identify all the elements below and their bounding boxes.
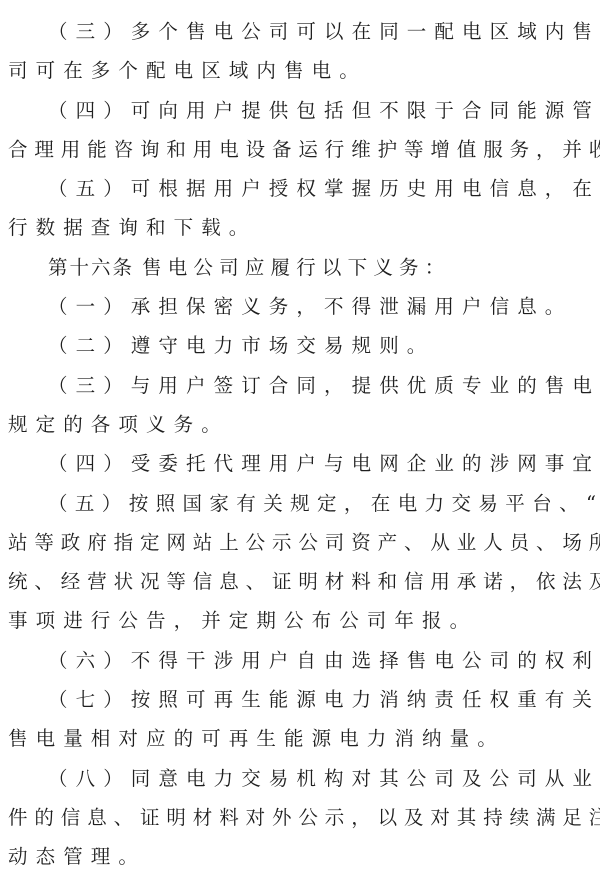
text-line: （五）可根据用户授权掌握历史用电信息，在电力交易平台进 [8,169,598,208]
article-heading-text: 售电公司应履行以下义务： [142,256,450,279]
paragraph-art15-item4: （四）可向用户提供包括但不限于合同能源管理、综合节能、 合理用能咨询和用电设备运… [8,91,598,170]
text-line: 动态管理。 [8,837,598,876]
article-heading: 第十六条售电公司应履行以下义务： [8,248,598,287]
text-line: （六）不得干涉用户自由选择售电公司的权利。 [8,641,598,680]
text-line: （七）按照可再生能源电力消纳责任权重有关规定，承担与年 [8,680,598,719]
text-line: （二）遵守电力市场交易规则。 [8,326,598,365]
paragraph-art15-item3: （三）多个售电公司可以在同一配电区域内售电。同一售电公 司可在多个配电区域内售电… [8,12,598,91]
paragraph-art16-item1: （一）承担保密义务，不得泄漏用户信息。 [8,287,598,326]
paragraph-art15-item5: （五）可根据用户授权掌握历史用电信息，在电力交易平台进 行数据查询和下载。 [8,169,598,248]
paragraph-art16-item8: （八）同意电力交易机构对其公司及公司从业人员满足注册条 件的信息、证明材料对外公… [8,759,598,877]
text-line: （一）承担保密义务，不得泄漏用户信息。 [8,287,598,326]
text-line: 规定的各项义务。 [8,405,598,444]
text-line: （五）按照国家有关规定，在电力交易平台、“信用中国”网 [8,484,598,523]
paragraph-art16-item5: （五）按照国家有关规定，在电力交易平台、“信用中国”网 站等政府指定网站上公示公… [8,484,598,641]
paragraph-art16-item4: （四）受委托代理用户与电网企业的涉网事宜。 [8,444,598,483]
text-line: 站等政府指定网站上公示公司资产、从业人员、场所、技术支持系 [8,523,598,562]
text-line: 行数据查询和下载。 [8,208,598,247]
text-line: 售电量相对应的可再生能源电力消纳量。 [8,719,598,758]
text-line: （三）与用户签订合同，提供优质专业的售电服务，履行合同 [8,366,598,405]
text-line: 统、经营状况等信息、证明材料和信用承诺，依法及时对公司重大 [8,562,598,601]
article-heading-line: 第十六条售电公司应履行以下义务： [8,248,598,287]
document-page: （三）多个售电公司可以在同一配电区域内售电。同一售电公 司可在多个配电区域内售电… [8,12,598,877]
text-line: 件的信息、证明材料对外公示，以及对其持续满足注册条件开展的 [8,798,598,837]
paragraph-art16-item6: （六）不得干涉用户自由选择售电公司的权利。 [8,641,598,680]
paragraph-art16-item7: （七）按照可再生能源电力消纳责任权重有关规定，承担与年 售电量相对应的可再生能源… [8,680,598,759]
text-line: 合理用能咨询和用电设备运行维护等增值服务，并收取相应费用。 [8,130,598,169]
paragraph-art16-item2: （二）遵守电力市场交易规则。 [8,326,598,365]
text-line: （三）多个售电公司可以在同一配电区域内售电。同一售电公 [8,12,598,51]
text-line: （八）同意电力交易机构对其公司及公司从业人员满足注册条 [8,759,598,798]
text-line: （四）可向用户提供包括但不限于合同能源管理、综合节能、 [8,91,598,130]
text-line: （四）受委托代理用户与电网企业的涉网事宜。 [8,444,598,483]
text-line: 事项进行公告，并定期公布公司年报。 [8,601,598,640]
paragraph-art16-item3: （三）与用户签订合同，提供优质专业的售电服务，履行合同 规定的各项义务。 [8,366,598,445]
article-number: 第十六条 [48,256,134,279]
text-line: 司可在多个配电区域内售电。 [8,51,598,90]
